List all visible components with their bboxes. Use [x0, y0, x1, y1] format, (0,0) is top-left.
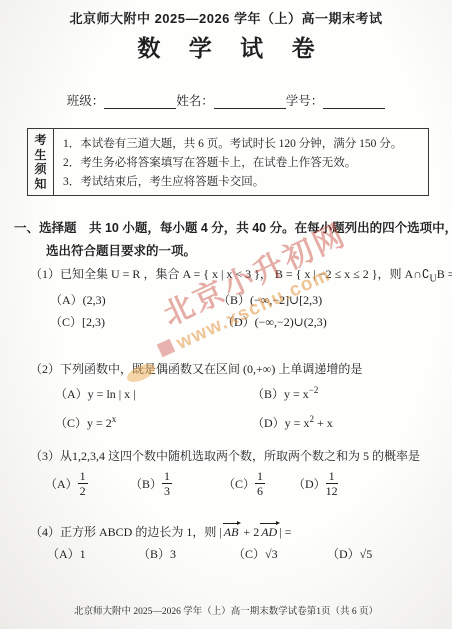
question-1-stem: （1）已知全集 U = R ，集合 A = { x | x < 3 }， B =…	[30, 265, 452, 284]
question-2-stem: （2）下列函数中，既是偶函数又在区间 (0,+∞) 上单调递增的是	[30, 360, 362, 377]
q1-option-a: （A）(2,3)	[50, 291, 106, 308]
notice-list: 1．本试卷有三道大题，共 6 页。考试时长 120 分钟，满分 150 分。 2…	[54, 129, 428, 195]
section-heading-line1: 一、选择题 共 10 小题，每小题 4 分，共 40 分。在每小题列出的四个选项…	[14, 218, 452, 236]
examinee-notice-box: 考生须知 1．本试卷有三道大题，共 6 页。考试时长 120 分钟，满分 150…	[27, 128, 429, 196]
student-id-label: 学号：	[286, 94, 324, 108]
exam-paper-page: 北京师大附中 2025—2026 学年（上）高一期末考试 数 学 试 卷 班级：…	[0, 0, 452, 629]
q3-option-b: （B）13	[130, 473, 172, 497]
student-info-row: 班级：姓名：学号：	[0, 91, 452, 109]
fraction: 12	[78, 470, 88, 497]
q1-option-d: （D）(−∞,−2)∪(2,3)	[222, 313, 327, 330]
vector-AD: AD	[259, 525, 279, 540]
fraction: 13	[162, 470, 172, 497]
exam-subject-title: 数 学 试 卷	[0, 30, 452, 63]
q3-option-a: （A）12	[45, 473, 88, 497]
q3-option-c: （C）16	[223, 473, 265, 497]
student-id-blank	[323, 95, 385, 109]
page-footer: 北京师大附中 2025—2026 学年（上）高一期末数学试卷第1页（共 6 页）	[0, 603, 452, 617]
notice-item-2: 2．考生务必将答案填写在答题卡上，在试卷上作答无效。	[63, 154, 422, 170]
fraction: 16	[255, 470, 265, 497]
notice-item-1: 1．本试卷有三道大题，共 6 页。考试时长 120 分钟，满分 150 分。	[63, 135, 422, 151]
q2-option-d: （D）y = x2 + x	[252, 414, 333, 431]
q4-option-c: （C）√3	[233, 545, 278, 562]
q4-option-a: （A）1	[47, 545, 86, 562]
class-blank	[104, 95, 176, 109]
q2-option-b: （B）y = x−2	[252, 385, 318, 402]
exam-header-title: 北京师大附中 2025—2026 学年（上）高一期末考试	[0, 8, 452, 27]
q2-option-c: （C）y = 2x	[55, 414, 116, 431]
name-label: 姓名：	[176, 94, 214, 108]
question-4-stem: （4）正方形 ABCD 的边长为 1，则 |AB + 2AD| =	[30, 523, 291, 540]
class-label: 班级：	[67, 94, 105, 108]
q3-option-d: （D）112	[293, 473, 338, 497]
vector-AB: AB	[222, 525, 241, 540]
notice-item-3: 3．考试结束后，考生应将答题卡交回。	[63, 173, 422, 189]
q1-option-c: （C）[2,3)	[50, 313, 105, 330]
q4-option-b: （B）3	[138, 545, 176, 562]
complement-symbol: ∁	[422, 267, 430, 281]
question-3-stem: （3）从1,2,3,4 这四个数中随机选取两个数，所取两个数之和为 5 的概率是	[30, 447, 420, 464]
q2-option-a: （A）y = ln | x |	[55, 385, 136, 402]
name-blank	[214, 95, 286, 109]
watermark-logo-fragment	[157, 339, 176, 358]
fraction: 112	[326, 470, 338, 497]
q1-option-b: （B）(−∞,−2]∪[2,3)	[218, 291, 322, 308]
section-heading-line2: 选出符合题目要求的一项。	[46, 241, 196, 259]
notice-side-label: 考生须知	[28, 129, 54, 195]
q4-option-d: （D）√5	[327, 545, 372, 562]
